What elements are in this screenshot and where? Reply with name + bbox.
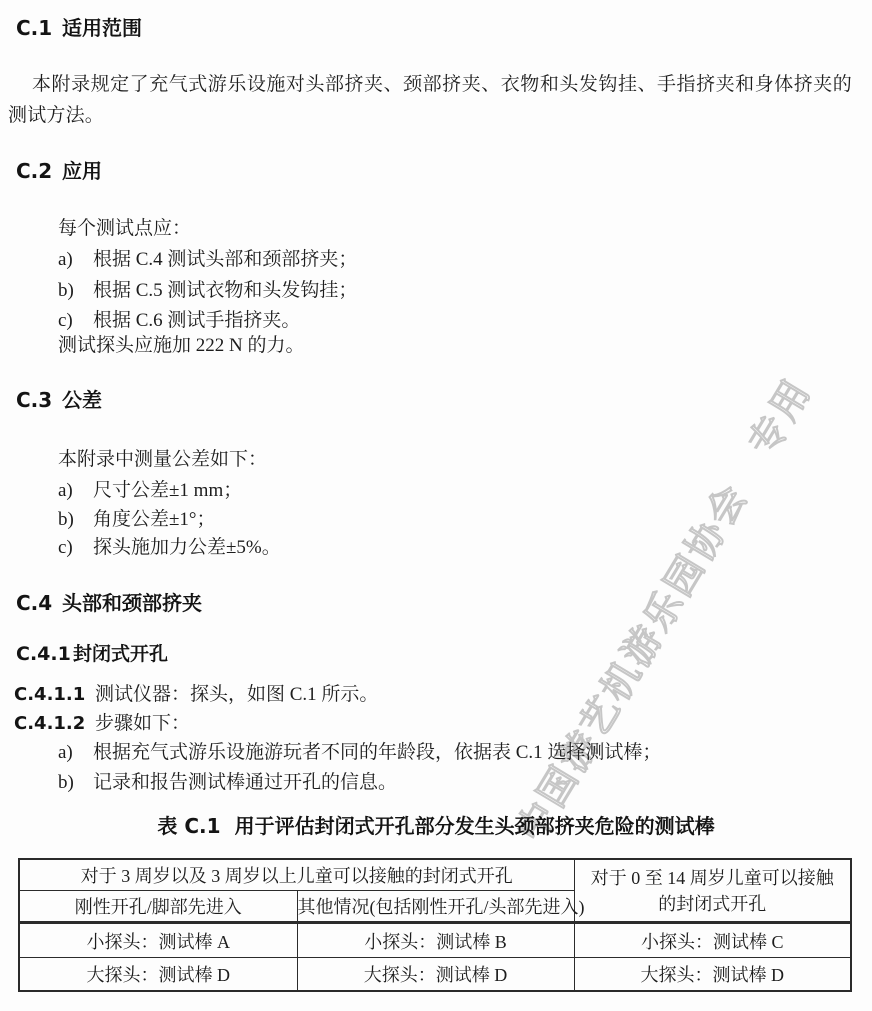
c412-item-a: a)根据充气式游乐设施游玩者不同的年龄段，依据表 C.1 选择测试棒；	[58, 741, 661, 764]
list-text: 尺寸公差±1 mm；	[93, 480, 242, 501]
list-marker: a)	[58, 248, 93, 271]
heading-c3-number: C.3	[16, 388, 62, 412]
table-header-col3: 对于 0 至 14 周岁儿童可以接触 的封闭式开孔	[574, 859, 851, 923]
c2-intro: 每个测试点应：	[58, 217, 191, 240]
list-text: 记录和报告测试棒通过开孔的信息。	[93, 772, 397, 793]
clause-c412-text: 步骤如下：	[95, 713, 190, 734]
clause-c411-number: C.4.1.1	[14, 683, 95, 706]
heading-c4-number: C.4	[16, 591, 62, 615]
heading-c1-number: C.1	[16, 16, 62, 40]
heading-c4-title: 头部和颈部挤夹	[62, 591, 202, 615]
c412-item-b: b)记录和报告测试棒通过开孔的信息。	[58, 771, 397, 794]
table-cell: 小探头：测试棒 C	[574, 923, 851, 958]
heading-c41-number: C.4.1	[16, 642, 73, 666]
table-header-group-left: 对于 3 周岁以及 3 周岁以上儿童可以接触的封闭式开孔	[19, 859, 574, 891]
c2-item-b: b)根据 C.5 测试衣物和头发钩挂；	[58, 279, 357, 302]
list-marker: a)	[58, 479, 93, 502]
list-text: 根据 C.6 测试手指挤夹。	[93, 310, 300, 331]
scope-paragraph: 本附录规定了充气式游乐设施对头部挤夹、颈部挤夹、衣物和头发钩挂、手指挤夹和身体挤…	[8, 69, 852, 131]
c2-note: 测试探头应施加 222 N 的力。	[58, 334, 304, 357]
clause-c411-text: 测试仪器：探头，如图 C.1 所示。	[95, 684, 378, 705]
table-cell: 小探头：测试棒 A	[19, 923, 297, 958]
list-marker: c)	[58, 536, 93, 559]
c2-item-a: a)根据 C.4 测试头部和颈部挤夹；	[58, 248, 357, 271]
list-text: 根据充气式游乐设施游玩者不同的年龄段，依据表 C.1 选择测试棒；	[93, 742, 661, 763]
list-text: 探头施加力公差±5%。	[93, 537, 281, 558]
list-marker: b)	[58, 771, 93, 794]
table-header-col2: 其他情况(包括刚性开孔/头部先进入)	[297, 891, 574, 923]
table-c1: 对于 3 周岁以及 3 周岁以上儿童可以接触的封闭式开孔 对于 0 至 14 周…	[18, 858, 852, 992]
table-row: 小探头：测试棒 A 小探头：测试棒 B 小探头：测试棒 C	[19, 923, 851, 958]
table-cell: 大探头：测试棒 D	[574, 958, 851, 992]
heading-c1-title: 适用范围	[62, 16, 142, 40]
list-text: 角度公差±1°；	[93, 509, 216, 530]
table-header-col3-line1: 对于 0 至 14 周岁儿童可以接触	[575, 865, 851, 891]
c3-item-a: a)尺寸公差±1 mm；	[58, 479, 242, 502]
heading-c2-number: C.2	[16, 159, 62, 183]
c3-item-b: b)角度公差±1°；	[58, 508, 216, 531]
table-cell: 大探头：测试棒 D	[19, 958, 297, 992]
table-row: 大探头：测试棒 D 大探头：测试棒 D 大探头：测试棒 D	[19, 958, 851, 992]
table-header-col3-line2: 的封闭式开孔	[575, 891, 851, 917]
c3-item-c: c)探头施加力公差±5%。	[58, 536, 281, 559]
list-marker: a)	[58, 741, 93, 764]
heading-c41-title: 封闭式开孔	[73, 643, 168, 665]
clause-c411: C.4.1.1测试仪器：探头，如图 C.1 所示。	[14, 683, 378, 706]
table-caption-label: 表 C.1	[157, 814, 220, 838]
heading-c41: C.4.1封闭式开孔	[16, 642, 168, 666]
document-page: 中国游艺机游乐园协会 专用 C.1适用范围 本附录规定了充气式游乐设施对头部挤夹…	[0, 0, 872, 1011]
heading-c3: C.3公差	[16, 388, 102, 412]
clause-c412-number: C.4.1.2	[14, 712, 95, 735]
c3-intro: 本附录中测量公差如下：	[58, 448, 267, 471]
list-marker: c)	[58, 309, 93, 332]
clause-c412: C.4.1.2步骤如下：	[14, 712, 190, 735]
list-marker: b)	[58, 508, 93, 531]
heading-c4: C.4头部和颈部挤夹	[16, 591, 202, 615]
table-header-col1: 刚性开孔/脚部先进入	[19, 891, 297, 923]
table-caption-text: 用于评估封闭式开孔部分发生头颈部挤夹危险的测试棒	[235, 814, 715, 838]
heading-c3-title: 公差	[62, 388, 102, 412]
table-cell: 小探头：测试棒 B	[297, 923, 574, 958]
c2-item-c: c)根据 C.6 测试手指挤夹。	[58, 309, 300, 332]
list-text: 根据 C.4 测试头部和颈部挤夹；	[93, 249, 357, 270]
heading-c2: C.2应用	[16, 159, 102, 183]
heading-c2-title: 应用	[62, 159, 102, 183]
heading-c1: C.1适用范围	[16, 16, 142, 40]
text-layer: C.1适用范围 本附录规定了充气式游乐设施对头部挤夹、颈部挤夹、衣物和头发钩挂、…	[0, 0, 872, 1011]
list-text: 根据 C.5 测试衣物和头发钩挂；	[93, 280, 357, 301]
list-marker: b)	[58, 279, 93, 302]
table-cell: 大探头：测试棒 D	[297, 958, 574, 992]
table-caption: 表 C.1用于评估封闭式开孔部分发生头颈部挤夹危险的测试棒	[0, 810, 872, 839]
